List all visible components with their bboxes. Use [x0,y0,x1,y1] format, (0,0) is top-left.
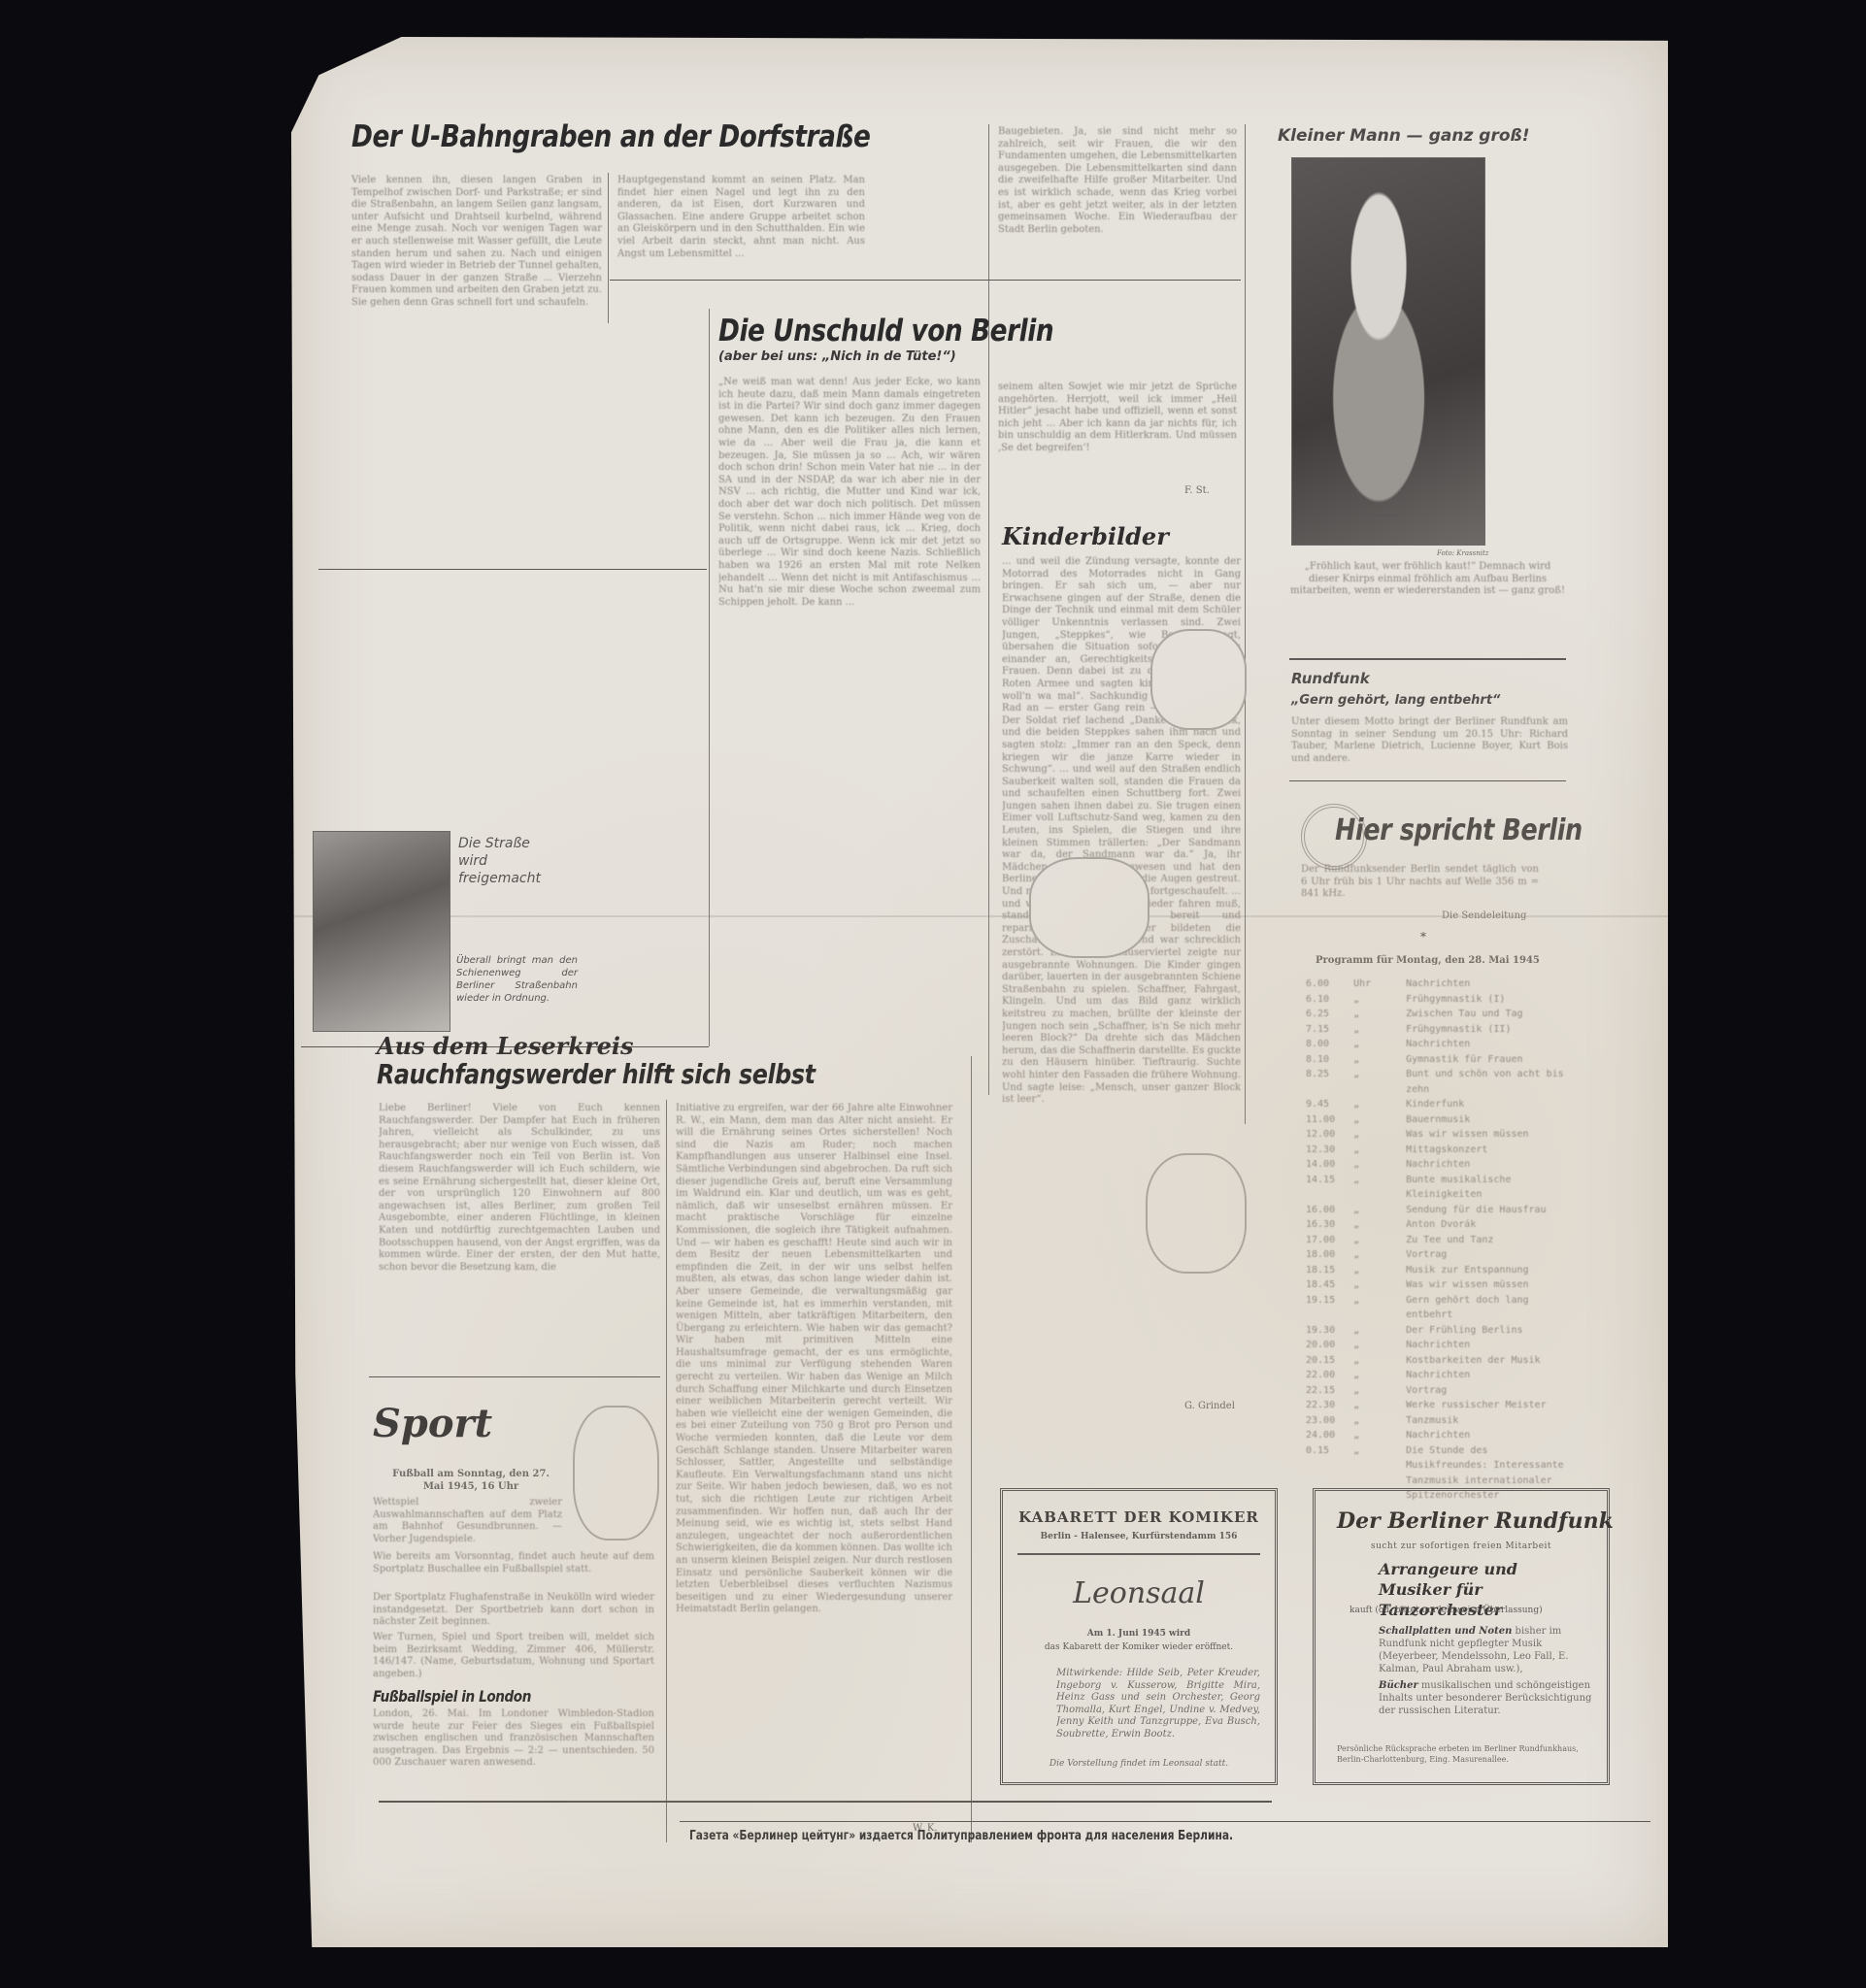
football-player-drawing [573,1406,659,1541]
column-rule [988,124,989,1095]
program-time: 11.00 [1306,1112,1353,1128]
program-title-item: Nachrichten [1406,1157,1568,1173]
program-unit: „ [1353,1398,1406,1413]
divider [1359,514,1398,516]
divider [680,1821,1650,1822]
program-title-item: Nachrichten [1406,1338,1568,1353]
program-row: 9.45„Kinderfunk [1306,1097,1568,1112]
headline-kleiner-mann: Kleiner Mann — ganz groß! [1278,126,1530,146]
headline-sport: Sport [373,1401,492,1446]
kinderbilder-signature: G. Grindel [1184,1401,1235,1411]
divider [379,1801,1272,1803]
program-time: 6.25 [1306,1007,1353,1022]
program-row: 20.00„Nachrichten [1306,1338,1568,1353]
ubahn-body-col1: Viele kennen ihn, diesen langen Graben i… [351,175,602,796]
program-time: 12.30 [1306,1143,1353,1158]
program-row: 8.10„Gymnastik für Frauen [1306,1052,1568,1068]
program-title-item: Gern gehört doch lang entbehrt [1406,1293,1568,1323]
program-unit: „ [1353,992,1406,1008]
program-time: 8.25 [1306,1067,1353,1097]
program-time: 24.00 [1306,1428,1353,1443]
program-row: 23.00„Tanzmusik [1306,1413,1568,1429]
program-unit: „ [1353,1127,1406,1143]
newspaper-page: Der U-Bahngraben an der Dorfstraße Viele… [291,37,1668,1947]
rundfunk-ad-subtitle: sucht zur sofortigen freien Mitarbeit [1316,1541,1607,1551]
program-time: 19.15 [1306,1293,1353,1323]
program-row: 8.25„Bunt und schön von acht bis zehn [1306,1067,1568,1097]
program-title-item: Frühgymnastik (II) [1406,1022,1568,1038]
headline-unschuld: Die Unschuld von Berlin [718,314,1053,348]
divider [1017,1553,1260,1555]
leserkreis-kicker: Aus dem Leserkreis [377,1032,633,1060]
program-time: 14.15 [1306,1173,1353,1203]
kabarett-date: Am 1. Juni 1945 wird [1003,1629,1275,1639]
sport-lead-body: Wettspiel zweier Auswahlmannschaften auf… [373,1497,562,1545]
program-row: 18.45„Was wir wissen müssen [1306,1277,1568,1293]
rundfunk-ad-footer: Persönliche Rücksprache erbeten im Berli… [1337,1743,1594,1765]
sport-p3: Wer Turnen, Spiel und Sport treiben will… [373,1632,654,1680]
column-rule [1245,124,1246,1124]
leserkreis-body-col1: Liebe Berliner! Viele von Euch kennen Ra… [379,1103,660,1367]
program-title-item: Der Frühling Berlins [1406,1323,1568,1339]
program-unit: „ [1353,1173,1406,1203]
program-time: 23.00 [1306,1413,1353,1429]
program-unit: „ [1353,1233,1406,1248]
item2-label: Bücher [1379,1680,1418,1691]
program-unit: „ [1353,1052,1406,1068]
kabarett-address: Berlin - Halensee, Kurfürstendamm 156 [1003,1532,1275,1541]
program-list: 6.00UhrNachrichten6.10„Frühgymnastik (I)… [1306,977,1568,1504]
imprint-line: Газета «Берлинер цейтунг» издается Полит… [689,1829,1233,1843]
program-unit: Uhr [1353,977,1406,992]
program-row: 16.30„Anton Dvorák [1306,1217,1568,1233]
program-title-item: Vortrag [1406,1247,1568,1263]
program-time: 12.00 [1306,1127,1353,1143]
program-title: Programm für Montag, den 28. Mai 1945 [1316,955,1540,966]
program-title-item: Was wir wissen müssen [1406,1277,1568,1293]
program-title-item: Sendung für die Hausfrau [1406,1203,1568,1218]
program-unit: „ [1353,1217,1406,1233]
hsb-star: * [1420,930,1426,944]
program-time: 6.00 [1306,977,1353,992]
leserkreis-body-col2: Initiative zu ergreifen, war der 66 Jahr… [676,1103,952,1821]
headline-ubahngraben: Der U-Bahngraben an der Dorfstraße [351,119,870,154]
program-row: 12.00„Was wir wissen müssen [1306,1127,1568,1143]
program-time: 18.00 [1306,1247,1353,1263]
program-unit: „ [1353,1007,1406,1022]
sport-p2: Der Sportplatz Flughafenstraße in Neuköl… [373,1592,654,1629]
program-title-item: Zu Tee und Tanz [1406,1233,1568,1248]
program-time: 22.15 [1306,1383,1353,1399]
program-row: 12.30„Mittagskonzert [1306,1143,1568,1158]
rundfunk-ad-item2: Bücher musikalischen und schöngeistigen … [1379,1679,1597,1717]
program-unit: „ [1353,1203,1406,1218]
program-title-item: Nachrichten [1406,1368,1568,1383]
program-unit: „ [1353,1022,1406,1038]
sport-lead-title: Fußball am Sonntag, den 27. Mai 1945, 16… [388,1468,553,1493]
children-sand-drawing [1029,857,1150,958]
program-title-item: Nachrichten [1406,977,1568,992]
program-unit: „ [1353,1067,1406,1097]
program-unit: „ [1353,1263,1406,1278]
kabarett-venue: Leonsaal [1003,1576,1275,1610]
program-title-item: Kinderfunk [1406,1097,1568,1112]
program-unit: „ [1353,1097,1406,1112]
program-time: 6.10 [1306,992,1353,1008]
kleiner-mann-caption: „Fröhlich kaut, wer fröhlich kaut!“ Demn… [1289,561,1566,614]
program-title-item: Zwischen Tau und Tag [1406,1007,1568,1022]
program-unit: „ [1353,1112,1406,1128]
unschuld-body-col1: „Ne weiß man wat denn! Aus jeder Ecke, w… [718,377,981,1037]
program-title-item: Musik zur Entspannung [1406,1263,1568,1278]
headline-kinderbilder: Kinderbilder [1002,522,1169,550]
column-rule [608,173,609,323]
divider [1289,658,1566,660]
program-unit: „ [1353,1247,1406,1263]
program-time: 16.30 [1306,1217,1353,1233]
program-row: 6.10„Frühgymnastik (I) [1306,992,1568,1008]
program-row: 14.00„Nachrichten [1306,1157,1568,1173]
column-rule [666,1100,667,1842]
program-time: 8.00 [1306,1037,1353,1052]
rundfunk-body: Unter diesem Motto bringt der Berliner R… [1291,716,1568,771]
rundfunk-ad-item1: Schallplatten und Noten bisher im Rundfu… [1379,1625,1597,1675]
program-row: 20.15„Kostbarkeiten der Musik [1306,1353,1568,1369]
program-row: 6.25„Zwischen Tau und Tag [1306,1007,1568,1022]
program-row: 22.15„Vortrag [1306,1383,1568,1399]
program-row: 18.00„Vortrag [1306,1247,1568,1263]
program-unit: „ [1353,1428,1406,1443]
headline-rauchfangswerder: Rauchfangswerder hilft sich selbst [377,1058,816,1090]
program-time: 18.45 [1306,1277,1353,1293]
motorcycle-drawing [1150,629,1247,730]
strasse-title: Die Straße wird freigemacht [458,835,555,887]
program-time: 22.00 [1306,1368,1353,1383]
program-row: 7.15„Frühgymnastik (II) [1306,1022,1568,1038]
program-unit: „ [1353,1338,1406,1353]
program-title-item: Bauernmusik [1406,1112,1568,1128]
divider [1289,780,1566,781]
strasse-caption: Überall bringt man den Schienenweg der B… [456,954,578,1005]
program-row: 24.00„Nachrichten [1306,1428,1568,1443]
program-row: 19.15„Gern gehört doch lang entbehrt [1306,1293,1568,1323]
london-body: London, 26. Mai. Im Londoner Wimbledon-S… [373,1708,654,1786]
ubahn-body-col2: Hauptgegenstand kommt an seinen Platz. M… [617,175,865,320]
photo-child [1291,157,1485,546]
program-row: 11.00„Bauernmusik [1306,1112,1568,1128]
program-unit: „ [1353,1277,1406,1293]
divider [610,280,1241,281]
program-unit: „ [1353,1037,1406,1052]
program-time: 17.00 [1306,1233,1353,1248]
program-title-item: Bunt und schön von acht bis zehn [1406,1067,1568,1097]
program-unit: „ [1353,1413,1406,1429]
program-title-item: Was wir wissen müssen [1406,1127,1568,1143]
program-title-item: Gymnastik für Frauen [1406,1052,1568,1068]
column-rule [709,309,710,1046]
program-title-item: Nachrichten [1406,1037,1568,1052]
divider [318,569,707,570]
program-title-item: Werke russischer Meister [1406,1398,1568,1413]
item1-label: Schallplatten und Noten [1379,1626,1512,1637]
program-time: 18.15 [1306,1263,1353,1278]
program-time: 7.15 [1306,1022,1353,1038]
divider [369,1376,660,1377]
rundfunk-ad: Der Berliner Rundfunk sucht zur sofortig… [1313,1488,1610,1785]
rundfunk-ad-buys: kauft (od. bittet um leihweise Überlassu… [1350,1606,1543,1615]
program-row: 22.00„Nachrichten [1306,1368,1568,1383]
program-time: 8.10 [1306,1052,1353,1068]
program-row: 14.15„Bunte musikalische Kleinigkeiten [1306,1173,1568,1203]
sport-p1: Wie bereits am Vorsonntag, findet auch h… [373,1551,654,1588]
program-time: 14.00 [1306,1157,1353,1173]
program-time: 20.15 [1306,1353,1353,1369]
program-time: 16.00 [1306,1203,1353,1218]
program-unit: „ [1353,1323,1406,1339]
program-title-item: Tanzmusik [1406,1413,1568,1429]
program-row: 16.00„Sendung für die Hausfrau [1306,1203,1568,1218]
program-title-item: Mittagskonzert [1406,1143,1568,1158]
program-title-item: Nachrichten [1406,1428,1568,1443]
kabarett-opening: das Kabarett der Komiker wieder eröffnet… [1003,1642,1275,1652]
photo-street-workers [313,831,450,1032]
tram-children-drawing [1146,1153,1247,1274]
program-time: 20.00 [1306,1338,1353,1353]
program-title-item: Vortrag [1406,1383,1568,1399]
kabarett-ad: KABARETT DER KOMIKER Berlin - Halensee, … [1000,1488,1278,1785]
program-time: 19.30 [1306,1323,1353,1339]
rundfunk-ad-title: Der Berliner Rundfunk [1337,1508,1614,1534]
program-row: 6.00UhrNachrichten [1306,977,1568,992]
program-title-item: Bunte musikalische Kleinigkeiten [1406,1173,1568,1203]
hier-spricht-berlin-logo: Hier spricht Berlin [1335,813,1583,847]
program-row: 22.30„Werke russischer Meister [1306,1398,1568,1413]
rundfunk-section: Rundfunk [1291,670,1370,687]
kabarett-performers: Mitwirkende: Hilde Seib, Peter Kreuder, … [1056,1668,1260,1755]
program-row: 19.30„Der Frühling Berlins [1306,1323,1568,1339]
program-time: 22.30 [1306,1398,1353,1413]
rundfunk-headline: „Gern gehört, lang entbehrt“ [1291,693,1500,708]
program-row: 18.15„Musik zur Entspannung [1306,1263,1568,1278]
program-unit: „ [1353,1157,1406,1173]
program-unit: „ [1353,1368,1406,1383]
subheadline-unschuld: (aber bei uns: „Nich in de Tüte!“) [718,349,956,364]
program-title-item: Frühgymnastik (I) [1406,992,1568,1008]
headline-london: Fußballspiel in London [373,1687,531,1706]
photo-credit: Foto: Krassnitz [1437,549,1488,557]
program-unit: „ [1353,1293,1406,1323]
kabarett-footer: Die Vorstellung findet im Leonsaal statt… [1003,1759,1275,1769]
program-title-item: Anton Dvorák [1406,1217,1568,1233]
hsb-body: Der Rundfunksender Berlin sendet täglich… [1301,864,1539,903]
hsb-sign: Die Sendeleitung [1442,911,1526,921]
program-title-item: Kostbarkeiten der Musik [1406,1353,1568,1369]
program-unit: „ [1353,1383,1406,1399]
program-row: 17.00„Zu Tee und Tanz [1306,1233,1568,1248]
program-unit: „ [1353,1143,1406,1158]
kabarett-title: KABARETT DER KOMIKER [1003,1508,1275,1526]
program-unit: „ [1353,1353,1406,1369]
ubahn-body-col3: Baugebieten. Ja, sie sind nicht mehr so … [998,126,1237,272]
program-row: 8.00„Nachrichten [1306,1037,1568,1052]
unschuld-signature: F. St. [1184,485,1210,496]
column-rule [971,1056,972,1842]
program-time: 9.45 [1306,1097,1353,1112]
